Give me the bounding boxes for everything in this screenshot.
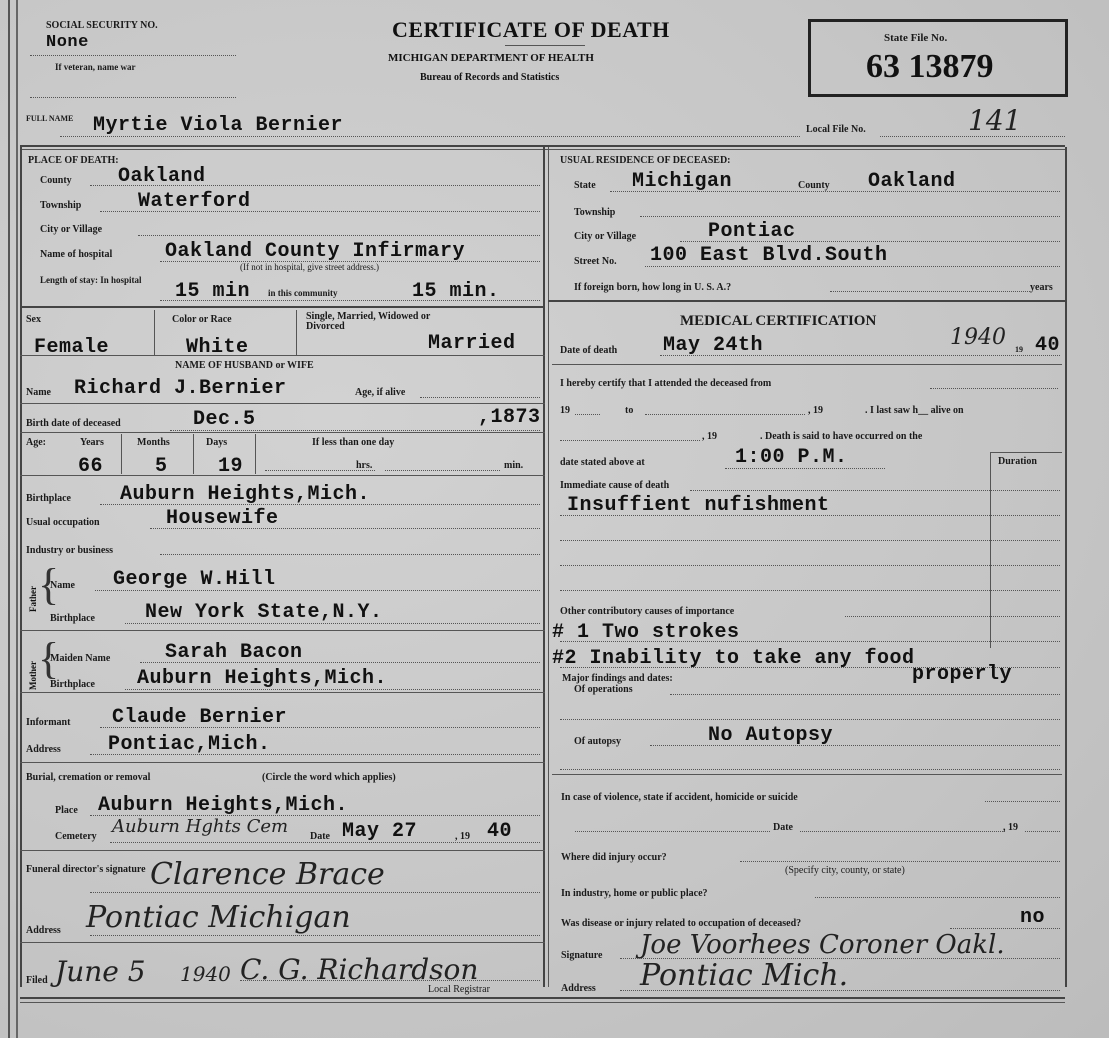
cemetery-value: Auburn Hghts Cem [112, 816, 288, 837]
registrar-signature: C. G. Richardson [240, 953, 478, 986]
burial-note: (Circle the word which applies) [262, 772, 396, 783]
pod-township-label: Township [40, 200, 81, 211]
pod-stay-line [160, 300, 540, 301]
certify-blank-c [560, 440, 700, 441]
res-state-value: Michigan [632, 170, 732, 193]
physician-signature: Joe Voorhees Coroner Oakl. [640, 930, 1005, 960]
injury-where-label: Where did injury occur? [561, 852, 667, 863]
physician-address-value: Pontiac Mich. [640, 958, 848, 993]
pod-city-label: City or Village [40, 224, 102, 235]
death-date-divider [552, 364, 1062, 365]
operations-label: Of operations [574, 684, 633, 695]
left-border [20, 147, 22, 987]
burial-heading: Burial, cremation or removal [26, 772, 150, 783]
occupation-label: Usual occupation [26, 517, 100, 528]
informant-address-value: Pontiac,Mich. [108, 733, 271, 756]
department-name: MICHIGAN DEPARTMENT OF HEALTH [388, 52, 594, 64]
violence-year-line [1025, 831, 1060, 832]
violence-year-label: , 19 [1003, 822, 1018, 833]
certify-to: to [625, 405, 633, 416]
certify-19-a: 19 [560, 405, 570, 416]
min-line [385, 470, 500, 471]
res-city-line [680, 241, 1060, 242]
title-rule [505, 45, 585, 46]
mother-birthplace-line [125, 689, 540, 690]
pod-city-line [138, 235, 540, 236]
funeral-address-label: Address [26, 925, 61, 936]
certify-death-said: . Death is said to have occurred on the [760, 431, 922, 442]
certify-blank-b [645, 414, 805, 415]
immediate-cause-line-1 [560, 515, 1060, 516]
death-date-label: Date of death [560, 345, 617, 356]
immediate-cause-label: Immediate cause of death [560, 480, 669, 491]
burial-place-value: Auburn Heights,Mich. [98, 794, 348, 817]
duration-label: Duration [998, 456, 1037, 467]
informant-address-line [90, 754, 540, 755]
other-causes-line-1 [560, 641, 1060, 642]
violence-label: In case of violence, state if accident, … [561, 792, 798, 803]
spouse-name-value: Richard J.Bernier [74, 377, 287, 400]
birthdate-divider [20, 432, 545, 433]
full-name-underline [60, 136, 800, 137]
spouse-age-label: Age, if alive [355, 387, 405, 398]
local-file-underline [880, 136, 1065, 137]
other-cause-2b: properly [912, 663, 1012, 686]
page-title: CERTIFICATE OF DEATH [392, 17, 670, 43]
physician-address-line [620, 990, 1060, 991]
birthdate-value: Dec.5 [193, 408, 256, 431]
certify-date-stated: date stated above at [560, 457, 645, 468]
pod-county-line [90, 185, 540, 186]
birthyear-value: ,1873 [478, 406, 541, 429]
burial-divider [20, 850, 545, 851]
industry-place-label: In industry, home or public place? [561, 888, 708, 899]
burial-year: 40 [487, 820, 512, 843]
res-township-label: Township [574, 207, 615, 218]
pod-hospital-label: Name of hospital [40, 249, 112, 260]
birthplace-label: Birthplace [26, 493, 71, 504]
years-months-divider [121, 434, 122, 474]
res-city-label: City or Village [574, 231, 636, 242]
cemetery-label: Cemetery [55, 831, 97, 842]
ssn-value: None [46, 33, 89, 52]
pod-township-value: Waterford [138, 190, 251, 213]
res-county-value: Oakland [868, 170, 956, 193]
center-divider [543, 147, 545, 987]
certify-19-b: , 19 [808, 405, 823, 416]
autopsy-line-2 [560, 769, 1060, 770]
medical-heading: MEDICAL CERTIFICATION [680, 313, 876, 330]
operations-line [670, 694, 1060, 695]
industry-label: Industry or business [26, 545, 113, 556]
marital-value: Married [428, 332, 516, 355]
res-county-label: County [798, 180, 830, 191]
mother-maiden-label: Maiden Name [50, 653, 110, 664]
mother-maiden-value: Sarah Bacon [165, 641, 303, 664]
filed-date-value: June 5 [55, 955, 146, 988]
informant-divider [20, 762, 545, 763]
spouse-age-line [420, 397, 540, 398]
immediate-cause-line-4 [560, 590, 1060, 591]
autopsy-divider [552, 774, 1062, 775]
state-file-number: 63 13879 [866, 48, 994, 86]
other-causes-label: Other contributory causes of importance [560, 606, 734, 617]
informant-value: Claude Bernier [112, 706, 287, 729]
father-birthplace-label: Birthplace [50, 613, 95, 624]
mother-birthplace-value: Auburn Heights,Mich. [137, 667, 387, 690]
burial-date-value: May 27 [342, 820, 417, 843]
state-file-label: State File No. [884, 32, 947, 44]
autopsy-line [650, 745, 1060, 746]
industry-place-line [815, 897, 1060, 898]
funeral-divider [20, 942, 545, 943]
occupation-value: Housewife [166, 507, 279, 530]
center-divider-2 [548, 147, 549, 987]
footer-border-2 [20, 1002, 1065, 1003]
certify-19-c: , 19 [702, 431, 717, 442]
funeral-address-value: Pontiac Michigan [86, 900, 351, 935]
occupation-related-line [950, 928, 1060, 929]
mother-side-label: Mother [28, 661, 38, 690]
sex-race-divider [154, 310, 155, 355]
pod-township-line [100, 211, 540, 212]
father-divider [20, 630, 545, 631]
months-label: Months [137, 437, 170, 448]
race-label: Color or Race [172, 314, 232, 325]
death-year-value: 40 [1035, 334, 1060, 357]
funeral-director-line [90, 892, 540, 893]
filed-year-value: 1940 [180, 962, 231, 986]
burial-date-label: Date [310, 831, 330, 842]
res-foreign-suffix: years [1030, 282, 1053, 293]
page-edge-border [8, 0, 18, 1038]
informant-label: Informant [26, 717, 70, 728]
operations-line-2 [560, 719, 1060, 720]
death-time-value: 1:00 P.M. [735, 446, 848, 469]
death-year-handwritten: 1940 [950, 325, 1006, 350]
local-file-label: Local File No. [806, 124, 866, 135]
immediate-cause-line-3 [560, 565, 1060, 566]
cemetery-line [110, 842, 540, 843]
immediate-cause-line-2 [560, 540, 1060, 541]
autopsy-label: Of autopsy [574, 736, 621, 747]
res-township-line [640, 216, 1060, 217]
spouse-divider [20, 403, 545, 404]
res-street-line [645, 266, 1060, 267]
death-date-value: May 24th [663, 334, 763, 357]
informant-line [100, 727, 540, 728]
certify-last-saw: . I last saw h__ alive on [865, 405, 964, 416]
pod-stay-label: Length of stay: In hospital [40, 275, 150, 285]
father-name-line [95, 590, 540, 591]
residence-heading: USUAL RESIDENCE OF DECEASED: [560, 155, 731, 166]
duration-column-top [990, 452, 1062, 453]
right-border [1065, 147, 1067, 987]
injury-where-line [740, 861, 1060, 862]
birthdate-label: Birth date of deceased [26, 418, 121, 429]
funeral-director-signature: Clarence Brace [150, 857, 385, 892]
hrs-label: hrs. [356, 460, 372, 471]
pod-hospital-value: Oakland County Infirmary [165, 240, 465, 263]
res-state-line [610, 191, 1060, 192]
violence-line [985, 801, 1060, 802]
certify-blank-a [575, 414, 600, 415]
father-birthplace-value: New York State,N.Y. [145, 601, 383, 624]
violence-date-line-a [575, 831, 770, 832]
birthdate-line [170, 430, 540, 431]
occupation-related-label: Was disease or injury related to occupat… [561, 918, 801, 929]
pod-county-label: County [40, 175, 72, 186]
registrar-label: Local Registrar [428, 984, 490, 995]
ssn-underline [30, 55, 236, 56]
age-divider [20, 475, 545, 476]
immediate-cause-line-0 [690, 490, 1060, 491]
veteran-label: If veteran, name war [55, 62, 135, 72]
min-label: min. [504, 460, 523, 471]
death-year-prefix: 19 [1015, 345, 1023, 354]
days-label: Days [206, 437, 227, 448]
marital-divider [20, 355, 545, 356]
res-street-label: Street No. [574, 256, 617, 267]
spouse-name-label: Name [26, 387, 51, 398]
violence-date-label: Date [773, 822, 793, 833]
signature-label: Signature [561, 950, 603, 961]
res-city-value: Pontiac [708, 220, 796, 243]
father-name-label: Name [50, 580, 75, 591]
months-days-divider [193, 434, 194, 474]
bureau-name: Bureau of Records and Statistics [420, 72, 559, 83]
informant-address-label: Address [26, 744, 61, 755]
occupation-line [150, 528, 540, 529]
industry-line [160, 554, 540, 555]
days-divider [255, 434, 256, 474]
years-label: Years [80, 437, 104, 448]
place-of-death-heading: PLACE OF DEATH: [28, 155, 119, 166]
major-findings-label: Major findings and dates: [562, 673, 673, 684]
duration-column-divider [990, 452, 991, 648]
age-label: Age: [26, 437, 46, 448]
burial-year-prefix: , 19 [455, 831, 470, 842]
sex-label: Sex [26, 314, 41, 325]
physician-address-label: Address [561, 983, 596, 994]
res-state-label: State [574, 180, 596, 191]
res-foreign-label: If foreign born, how long in U. S. A.? [574, 282, 731, 293]
marital-label: Single, Married, Widowed or Divorced [306, 312, 466, 332]
father-name-value: George W.Hill [113, 568, 276, 591]
mother-birthplace-label: Birthplace [50, 679, 95, 690]
res-street-value: 100 East Blvd.South [650, 244, 888, 267]
residence-divider [548, 300, 1065, 302]
race-marital-divider [296, 310, 297, 355]
violence-date-line-b [800, 831, 1005, 832]
father-birthplace-line [125, 623, 540, 624]
footer-border [20, 997, 1065, 999]
certify-line-1-blank [930, 388, 1058, 389]
pod-hospital-note: (If not in hospital, give street address… [240, 262, 379, 272]
registrar-line [240, 980, 540, 981]
autopsy-value: No Autopsy [708, 724, 833, 747]
father-side-label: Father [28, 586, 38, 612]
death-time-line [725, 468, 885, 469]
birthplace-value: Auburn Heights,Mich. [120, 483, 370, 506]
funeral-director-label: Funeral director's signature [26, 865, 146, 875]
full-name-label: FULL NAME [26, 115, 56, 123]
occupation-related-value: no [1020, 906, 1045, 929]
burial-place-label: Place [55, 805, 78, 816]
spouse-heading: NAME OF HUSBAND or WIFE [175, 360, 314, 371]
birthplace-line [100, 504, 540, 505]
funeral-address-line [90, 935, 540, 936]
res-foreign-line [830, 291, 1030, 292]
pod-divider [20, 306, 545, 308]
pod-stay-community-label: in this community [268, 288, 338, 298]
veteran-underline [30, 97, 236, 98]
immediate-cause-value: Insuffient nufishment [567, 494, 830, 517]
mother-maiden-line [140, 662, 540, 663]
other-causes-line-0 [845, 616, 1060, 617]
injury-where-note: (Specify city, county, or state) [785, 865, 905, 876]
ssn-label: SOCIAL SECURITY NO. [46, 20, 158, 31]
filed-label: Filed [26, 975, 48, 986]
local-file-value: 141 [968, 104, 1021, 137]
death-date-line [660, 355, 1060, 356]
mother-divider [20, 692, 545, 693]
certify-line-1: I hereby certify that I attended the dec… [560, 378, 771, 389]
full-name-value: Myrtie Viola Bernier [93, 114, 343, 137]
less-than-day-label: If less than one day [312, 437, 394, 448]
